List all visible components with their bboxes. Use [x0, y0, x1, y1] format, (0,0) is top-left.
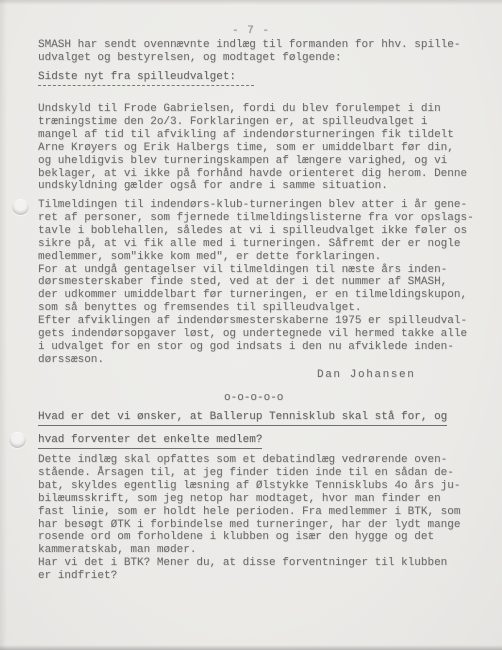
page-number: - 7 -: [0, 25, 502, 38]
debat-heading-line-1: Hvad er det vi ønsker, at Ballerup Tenni…: [38, 411, 447, 426]
debat-heading-line-2: hvad forventer det enkelte medlem?: [38, 434, 262, 449]
registration-paragraph: Tilmeldingen til indendørs-klub-turnerin…: [38, 199, 474, 367]
intro-paragraph: SMASH har sendt ovennævnte indlæg til fo…: [38, 39, 460, 65]
section-heading-debat: Hvad er det vi ønsker, at Ballerup Tenni…: [38, 411, 447, 457]
punch-hole-bottom: [9, 432, 26, 448]
punch-hole-top: [12, 199, 29, 215]
apology-paragraph: Undskyld til Frode Gabrielsen, fordi du …: [38, 103, 467, 193]
debat-paragraph: Dette indlæg skal opfattes som et debati…: [38, 454, 460, 583]
section-heading-spilleudvalget: Sidste nyt fra spilleudvalget:: [38, 71, 254, 86]
section-separator: o-o-o-o-o: [224, 392, 283, 405]
signature: Dan Johansen: [317, 369, 415, 382]
scanned-newsletter-page: - 7 - SMASH har sendt ovennævnte indlæg …: [0, 0, 502, 650]
